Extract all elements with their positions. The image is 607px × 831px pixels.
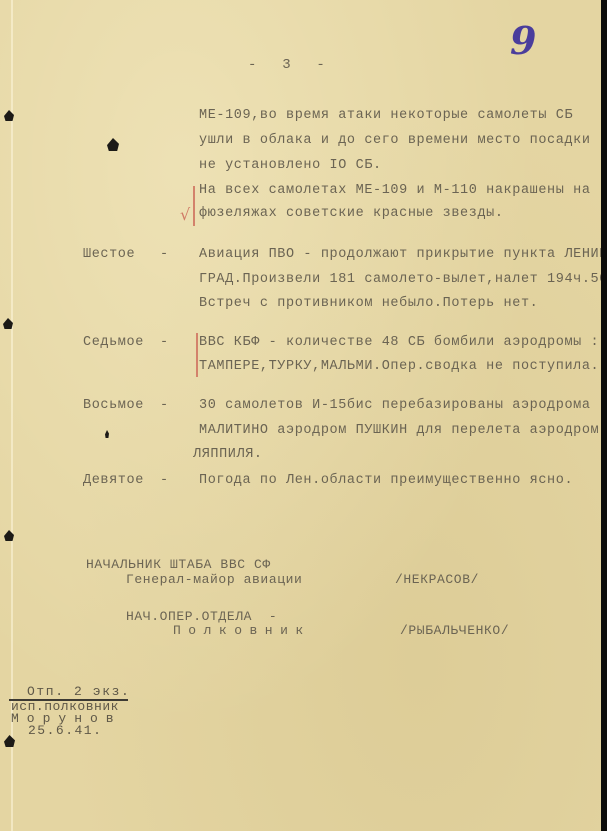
- text-line: фюзеляжах советские красные звезды.: [199, 207, 504, 221]
- copies-note: Отп. 2 экз.: [27, 685, 130, 698]
- ink-speck-icon: [105, 430, 109, 438]
- text-line: МАЛИТИНО аэродром ПУШКИН для перелета аэ…: [199, 424, 599, 438]
- punch-hole-icon: [107, 138, 119, 151]
- text-line: На всех самолетах МЕ-109 и М-110 накраше…: [199, 184, 591, 198]
- text-line: ЛЯППИЛЯ.: [193, 448, 263, 462]
- item-label: Девятое: [83, 474, 144, 488]
- document-date: 25.6.41.: [28, 724, 102, 737]
- scan-edge: [601, 0, 607, 831]
- text-line: 30 самолетов И-15бис перебазированы аэро…: [199, 399, 591, 413]
- item-dash: -: [160, 399, 169, 413]
- item-label: Седьмое: [83, 336, 144, 350]
- signatory-title: НАЧ.ОПЕР.ОТДЕЛА -: [126, 610, 277, 623]
- text-line: ушли в облака и до сего времени место по…: [199, 134, 591, 148]
- red-margin-mark: [196, 333, 198, 377]
- text-line: МЕ-109,во время атаки некоторые самолеты…: [199, 109, 573, 123]
- document-page: 9 - 3 - МЕ-109,во время атаки некоторые …: [0, 0, 601, 831]
- item-label: Восьмое: [83, 399, 144, 413]
- signatory-name: /НЕКРАСОВ/: [395, 573, 479, 586]
- text-line: не установлено IO СБ.: [199, 159, 382, 173]
- text-line: Погода по Лен.области преимущественно яс…: [199, 474, 573, 488]
- red-margin-mark: [193, 186, 195, 226]
- signatory-title: НАЧАЛЬНИК ШТАБА ВВС СФ: [86, 558, 271, 571]
- checkmark-icon: √: [180, 205, 190, 224]
- signatory-rank: Генерал-майор авиации: [126, 573, 302, 586]
- item-label: Шестое: [83, 248, 135, 262]
- item-dash: -: [160, 336, 169, 350]
- item-dash: -: [160, 248, 169, 262]
- text-line: ГРАД.Произвели 181 самолето-вылет,налет …: [199, 273, 601, 287]
- text-line: ВВС КБФ - количестве 48 СБ бомбили аэрод…: [199, 336, 599, 350]
- signatory-name: /РЫБАЛЬЧЕНКО/: [400, 624, 509, 637]
- handwritten-mark: 9: [510, 18, 536, 63]
- item-dash: -: [160, 474, 169, 488]
- text-line: Авиация ПВО - продолжают прикрытие пункт…: [199, 248, 601, 262]
- page-number: - 3 -: [248, 58, 328, 72]
- text-line: ТАМПЕРЕ,ТУРКУ,МАЛЬМИ.Опер.сводка не пост…: [199, 360, 599, 374]
- punch-hole-icon: [4, 735, 15, 747]
- signatory-rank: Полковник: [173, 624, 311, 637]
- text-line: Встреч с противником небыло.Потерь нет.: [199, 297, 538, 311]
